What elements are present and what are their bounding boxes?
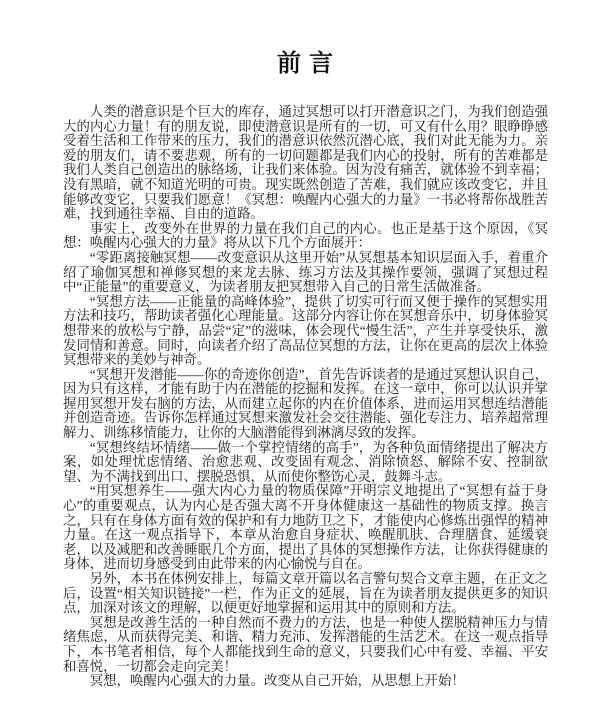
- preface-paragraph: “用冥想养生——强大内心力量的物质保障”开明宗义地提出了“冥想有益于身心”的重要…: [63, 484, 548, 572]
- preface-paragraph: 事实上，改变外在世界的力量在我们自己的内心。也正是基于这个原因，《冥想：唤醒内心…: [63, 222, 548, 251]
- preface-paragraph: 人类的潜意识是个巨大的库存，通过冥想可以打开潜意识之门，为我们创造强大的内心力量…: [63, 105, 548, 222]
- preface-paragraph: 冥想，唤醒内心强大的力量。改变从自己开始，从思想上开始！: [63, 674, 548, 689]
- preface-paragraph: “冥想方法——正能量的高峰体验”，提供了切实可行而又便于操作的冥想实用方法和技巧…: [63, 295, 548, 368]
- preface-page: 前 言 人类的潜意识是个巨大的库存，通过冥想可以打开潜意识之门，为我们创造强大的…: [0, 0, 611, 710]
- preface-paragraph: 冥想是改善生活的一种自然而不费力的方法，也是一种使人摆脱精神压力与情绪焦虑，从而…: [63, 616, 548, 674]
- preface-body: 人类的潜意识是个巨大的库存，通过冥想可以打开潜意识之门，为我们创造强大的内心力量…: [63, 105, 548, 689]
- page-title: 前 言: [63, 50, 548, 78]
- preface-paragraph: “零距离接触冥想——改变意识从这里开始”从冥想基本知识层面入手，着重介绍了瑜伽冥…: [63, 251, 548, 295]
- preface-paragraph: 另外，本书在体例安排上，每篇文章开篇以名言警句契合文章主题，在正文之后，设置“相…: [63, 572, 548, 616]
- preface-paragraph: “冥想终结坏情绪——做一个掌控情绪的高手”，为各种负面情绪提出了解决方案，如处理…: [63, 441, 548, 485]
- preface-paragraph: “冥想开发潜能——你的奇迹你创造”，首先告诉读者的是通过冥想认识自己，因为只有这…: [63, 368, 548, 441]
